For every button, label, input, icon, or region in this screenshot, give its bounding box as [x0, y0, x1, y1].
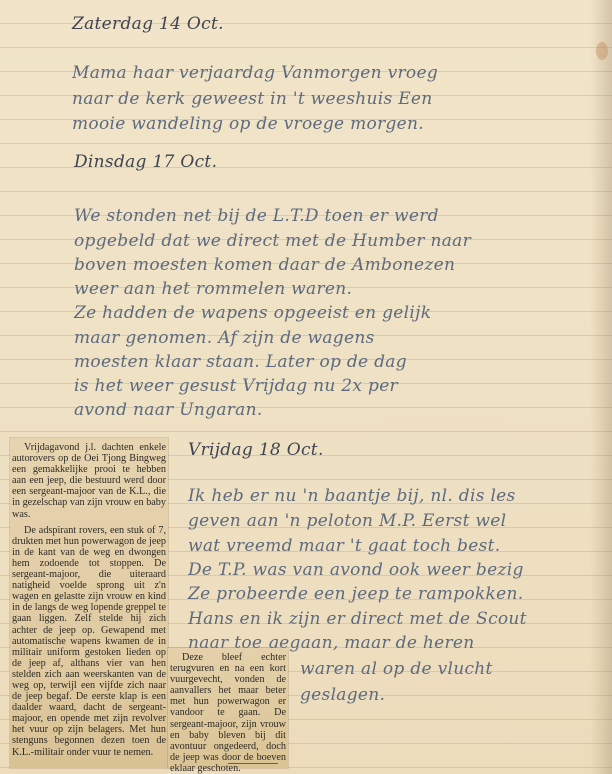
entry-line: Ze hadden de wapens opgeeist en gelijk	[74, 300, 431, 326]
entry-line: Mama haar verjaardag Vanmorgen vroeg	[72, 60, 438, 86]
entry-heading-dinsdag: Dinsdag 17 Oct.	[74, 152, 217, 172]
entry-line: geslagen.	[300, 682, 385, 708]
entry-line: De T.P. was van avond ook weer bezig	[188, 557, 524, 583]
paper-stain	[596, 42, 608, 60]
entry-line: wat vreemd maar 't gaat toch best.	[188, 533, 500, 559]
entry-line: mooie wandeling op de vroege morgen.	[72, 111, 424, 137]
entry-line: Hans en ik zijn er direct met de Scout	[188, 606, 527, 632]
entry-line: weer aan het rommelen waren.	[74, 276, 352, 302]
clipping-end-rule	[228, 763, 278, 764]
clipping-paragraph: Vrijdagavond j.l. dachten enkele autorov…	[12, 442, 166, 520]
clipping-paragraph: De adspirant rovers, een stuk of 7, druk…	[12, 525, 166, 758]
entry-line: We stonden net bij de L.T.D toen er werd	[74, 203, 439, 229]
entry-line: maar genomen. Af zijn de wagens	[74, 325, 375, 351]
entry-heading-vrijdag: Vrijdag 18 Oct.	[188, 440, 324, 460]
entry-line: opgebeld dat we direct met de Humber naa…	[74, 228, 471, 254]
entry-line: Ik heb er nu 'n baantje bij, nl. dis les	[188, 483, 516, 509]
entry-heading-zaterdag: Zaterdag 14 Oct.	[72, 14, 224, 34]
newspaper-clipping-left: Vrijdagavond j.l. dachten enkele autorov…	[10, 438, 168, 768]
diary-page: Zaterdag 14 Oct. Mama haar verjaardag Va…	[0, 0, 612, 774]
entry-line: is het weer gesust Vrijdag nu 2x per	[74, 373, 398, 399]
entry-line: naar de kerk geweest in 't weeshuis Een	[72, 86, 433, 112]
entry-line: avond naar Ungaran.	[74, 397, 263, 423]
entry-line: Ze probeerde een jeep te rampokken.	[188, 581, 523, 607]
entry-line: waren al op de vlucht	[300, 656, 493, 682]
clipping-paragraph: Deze bleef echter terugvuren en na een k…	[170, 652, 286, 774]
newspaper-clipping-right: Deze bleef echter terugvuren en na een k…	[168, 648, 288, 768]
entry-line: geven aan 'n peloton M.P. Eerst wel	[188, 508, 506, 534]
entry-line: moesten klaar staan. Later op de dag	[74, 349, 407, 375]
entry-line: boven moesten komen daar de Ambonezen	[74, 252, 455, 278]
